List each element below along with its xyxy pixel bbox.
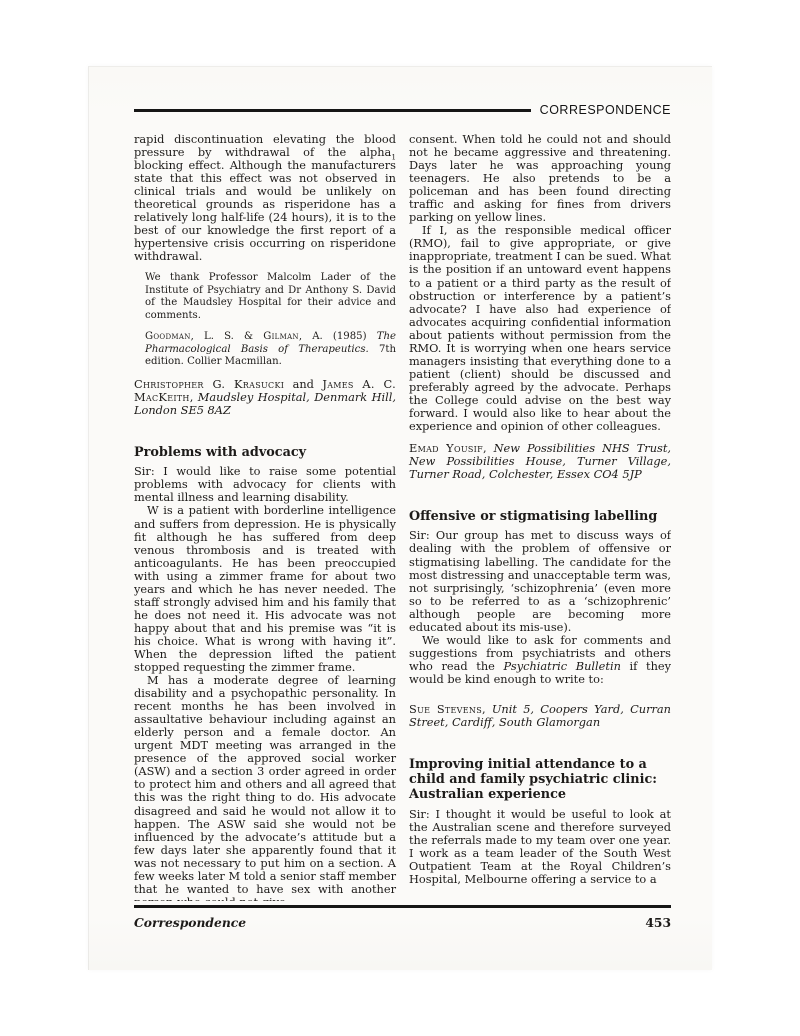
running-head-rule xyxy=(134,109,531,112)
reference-citation: Goodman, L. S. & Gilman, A. (1985) The P… xyxy=(145,331,396,369)
body-paragraph: M has a moderate degree of learning disa… xyxy=(134,674,396,901)
text-columns: rapid discontinuation elevating the bloo… xyxy=(134,133,671,901)
right-column: consent. When told he could not and shou… xyxy=(409,133,671,901)
letter-signature: Emad Yousif, New Possibilities NHS Trust… xyxy=(409,442,671,481)
body-paragraph: Sir: I would like to raise some potentia… xyxy=(134,465,396,504)
body-paragraph: Sir: Our group has met to discuss ways o… xyxy=(409,529,671,633)
section-heading: Improving initial attendance to a child … xyxy=(409,757,671,803)
page-footer: Correspondence 453 xyxy=(134,905,671,930)
body-paragraph: W is a patient with borderline intellige… xyxy=(134,504,396,674)
page-title: CORRESPONDENCE xyxy=(540,103,671,118)
footer-page-number: 453 xyxy=(645,915,671,930)
journal-page: CORRESPONDENCE rapid discontinuation ele… xyxy=(88,66,712,970)
left-column: rapid discontinuation elevating the bloo… xyxy=(134,133,396,901)
running-head: CORRESPONDENCE xyxy=(134,103,671,118)
section-heading: Offensive or stigmatising labelling xyxy=(409,509,671,524)
body-paragraph: rapid discontinuation elevating the bloo… xyxy=(134,133,396,263)
letter-signature: Christopher G. Krasucki and James A. C. … xyxy=(134,378,396,417)
footer-journal-title: Correspondence xyxy=(134,915,246,930)
body-paragraph: Sir: I thought it would be useful to loo… xyxy=(409,808,671,886)
letter-signature: Sue Stevens, Unit 5, Coopers Yard, Curra… xyxy=(409,703,671,729)
body-paragraph: We would like to ask for comments and su… xyxy=(409,634,671,686)
body-paragraph: consent. When told he could not and shou… xyxy=(409,133,671,224)
section-heading: Problems with advocacy xyxy=(134,445,396,460)
acknowledgement-note: We thank Professor Malcolm Lader of the … xyxy=(145,272,396,322)
body-paragraph: If I, as the responsible medical officer… xyxy=(409,224,671,433)
footer-rule xyxy=(134,905,671,908)
footer-row: Correspondence 453 xyxy=(134,915,671,930)
